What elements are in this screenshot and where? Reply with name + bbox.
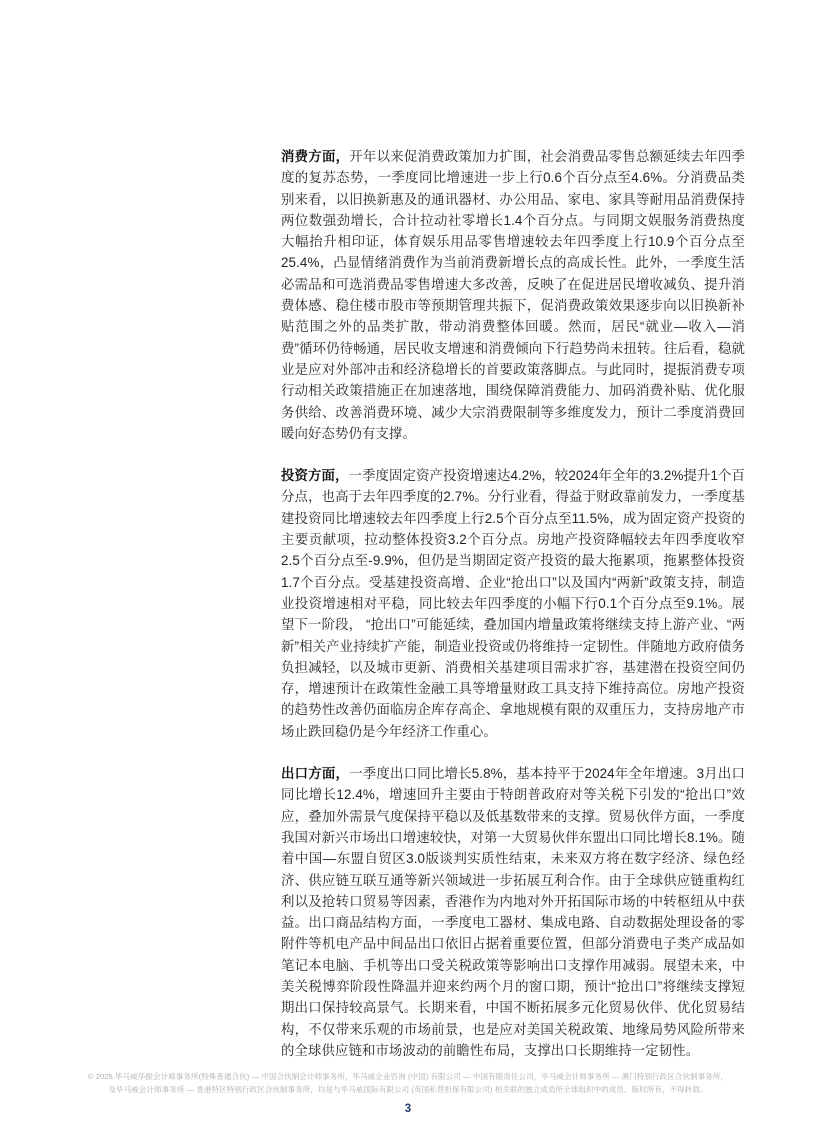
paragraph-export-text: 一季度出口同比增长5.8%，基本持平于2024年全年增速。3月出口同比增长12.…	[281, 766, 745, 1058]
legal-footer-line-1: © 2025 毕马威华振会计师事务所(特殊普通合伙) — 中国合伙制会计师事务所…	[60, 1071, 756, 1084]
report-body: 消费方面，开年以来促消费政策加力扩围，社会消费品零售总额延续去年四季度的复苏态势…	[281, 146, 745, 1061]
legal-footer-line-2: 及毕马威会计师事务所 — 香港特区特别行政区合伙制事务所，均是与毕马威国际有限公…	[60, 1084, 756, 1097]
paragraph-investment: 投资方面，一季度固定资产投资增速达4.2%，较2024年全年的3.2%提升1个百…	[281, 465, 745, 742]
paragraph-consumption-lead: 消费方面，	[281, 149, 349, 164]
paragraph-export: 出口方面，一季度出口同比增长5.8%，基本持平于2024年全年增速。3月出口同比…	[281, 763, 745, 1061]
page-number: 3	[0, 1103, 816, 1115]
paragraph-export-lead: 出口方面，	[281, 766, 349, 781]
report-page: 消费方面，开年以来促消费政策加力扩围，社会消费品零售总额延续去年四季度的复苏态势…	[0, 0, 816, 1144]
paragraph-investment-text: 一季度固定资产投资增速达4.2%，较2024年全年的3.2%提升1个百分点，也高…	[281, 468, 745, 739]
paragraph-consumption-text: 开年以来促消费政策加力扩围，社会消费品零售总额延续去年四季度的复苏态势，一季度同…	[281, 149, 745, 441]
legal-footer: © 2025 毕马威华振会计师事务所(特殊普通合伙) — 中国合伙制会计师事务所…	[60, 1071, 756, 1096]
paragraph-consumption: 消费方面，开年以来促消费政策加力扩围，社会消费品零售总额延续去年四季度的复苏态势…	[281, 146, 745, 444]
paragraph-investment-lead: 投资方面，	[281, 468, 348, 483]
